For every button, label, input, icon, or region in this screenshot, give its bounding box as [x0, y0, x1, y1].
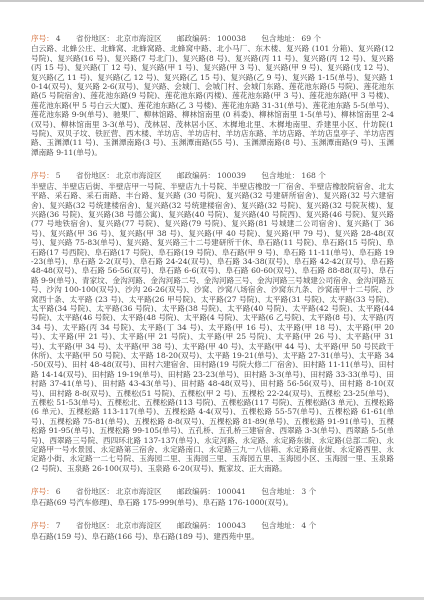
- region-value: 北京市海淀区: [116, 487, 162, 496]
- address-list: 阜石路(159 号)、阜石路(166 号)、阜石路(189 号)、建西苑中里。: [31, 532, 394, 541]
- region-value: 北京市海淀区: [116, 34, 162, 43]
- count-value: 3 个: [301, 487, 316, 496]
- zip-value: 100038: [217, 34, 246, 43]
- postal-entry-3: 序号：6 省份地区：北京市海淀区 邮政编码：100041 包含地址：3 个 阜石…: [31, 487, 394, 507]
- seq-label: 序号：: [31, 521, 54, 530]
- region-field: 省份地区：北京市海淀区: [76, 487, 162, 496]
- count-value: 168 个: [301, 171, 326, 180]
- count-label: 包含地址：: [261, 34, 299, 43]
- entry-header: 序号：7 省份地区：北京市海淀区 邮政编码：100043 包含地址：4 个: [31, 521, 394, 530]
- count-value: 4 个: [301, 521, 316, 530]
- zip-field: 邮政编码：100038: [177, 34, 246, 43]
- address-list: 半壁店、半壁店后街、半壁店甲一号院、半壁店九十号院、半壁店橡胶一厂宿舍、半壁店橡…: [31, 182, 394, 474]
- seq-value: 6: [56, 487, 61, 496]
- seq-label: 序号：: [31, 487, 54, 496]
- seq-value: 5: [56, 171, 61, 180]
- count-label: 包含地址：: [261, 171, 299, 180]
- count-value: 69 个: [301, 34, 321, 43]
- region-field: 省份地区：北京市海淀区: [76, 171, 162, 180]
- seq-field: 序号：5: [31, 171, 61, 180]
- postal-entry-2: 序号：5 省份地区：北京市海淀区 邮政编码：100039 包含地址：168 个 …: [31, 171, 394, 473]
- zip-label: 邮政编码：: [177, 171, 215, 180]
- count-field: 包含地址：168 个: [261, 171, 325, 180]
- seq-label: 序号：: [31, 171, 54, 180]
- region-field: 省份地区：北京市海淀区: [76, 34, 162, 43]
- seq-field: 序号：4: [31, 34, 61, 43]
- postal-entry-4: 序号：7 省份地区：北京市海淀区 邮政编码：100043 包含地址：4 个 阜石…: [31, 521, 394, 541]
- region-field: 省份地区：北京市海淀区: [76, 521, 162, 530]
- zip-label: 邮政编码：: [177, 521, 215, 530]
- seq-field: 序号：6: [31, 487, 61, 496]
- zip-value: 100043: [217, 521, 246, 530]
- seq-field: 序号：7: [31, 521, 61, 530]
- count-field: 包含地址：69 个: [261, 34, 321, 43]
- region-label: 省份地区：: [76, 521, 114, 530]
- entry-header: 序号：4 省份地区：北京市海淀区 邮政编码：100038 包含地址：69 个: [31, 34, 394, 43]
- entry-header: 序号：6 省份地区：北京市海淀区 邮政编码：100041 包含地址：3 个: [31, 487, 394, 496]
- region-label: 省份地区：: [76, 487, 114, 496]
- seq-value: 7: [56, 521, 61, 530]
- zip-field: 邮政编码：100043: [177, 521, 246, 530]
- zip-value: 100041: [217, 487, 246, 496]
- zip-field: 邮政编码：100041: [177, 487, 246, 496]
- count-field: 包含地址：4 个: [261, 521, 316, 530]
- region-value: 北京市海淀区: [116, 171, 162, 180]
- postal-entry-1: 序号：4 省份地区：北京市海淀区 邮政编码：100038 包含地址：69 个 白…: [31, 34, 394, 157]
- region-value: 北京市海淀区: [116, 521, 162, 530]
- count-label: 包含地址：: [261, 487, 299, 496]
- seq-value: 4: [56, 34, 61, 43]
- region-label: 省份地区：: [76, 34, 114, 43]
- region-label: 省份地区：: [76, 171, 114, 180]
- zip-label: 邮政编码：: [177, 34, 215, 43]
- zip-field: 邮政编码：100039: [177, 171, 246, 180]
- zip-label: 邮政编码：: [177, 487, 215, 496]
- entry-header: 序号：5 省份地区：北京市海淀区 邮政编码：100039 包含地址：168 个: [31, 171, 394, 180]
- postal-code-document: 序号：4 省份地区：北京市海淀区 邮政编码：100038 包含地址：69 个 白…: [0, 0, 424, 600]
- seq-label: 序号：: [31, 34, 54, 43]
- count-field: 包含地址：3 个: [261, 487, 316, 496]
- count-label: 包含地址：: [261, 521, 299, 530]
- zip-value: 100039: [217, 171, 246, 180]
- address-list: 白云路、北蜂公庄、北蜂窝、北蜂窝路、北蜂窝中路、北小马厂、东木楼、复兴路 (10…: [31, 44, 394, 157]
- address-list: 阜石路(69 号汽车修理)、阜石路 175-999(单号)、阜石路 176-10…: [31, 498, 394, 507]
